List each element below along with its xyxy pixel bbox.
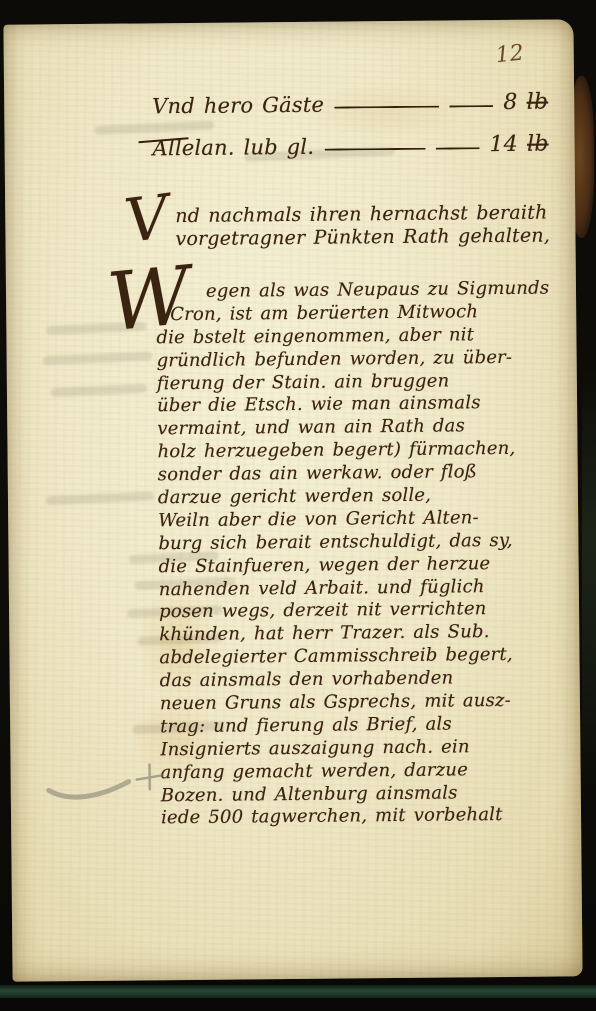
table-edge-strip (0, 985, 596, 998)
dash-line (449, 105, 493, 107)
bleedthrough-writing (46, 491, 154, 505)
account-label: Allelan. lub gl. (152, 135, 314, 161)
account-line: Vnd hero Gäste 8 lb (152, 90, 548, 119)
folio-number: 12 (495, 41, 525, 69)
body-line: gründlich befunden worden, zu über- (157, 346, 561, 373)
dash-line (324, 148, 425, 151)
dash-line (334, 106, 439, 109)
account-line: Allelan. lub gl. 14 lb (152, 132, 548, 161)
pencil-swoosh (49, 782, 129, 798)
pound-unit: lb (527, 132, 549, 157)
intro-drop-cap: V (122, 187, 173, 252)
bleedthrough-writing (42, 351, 152, 365)
account-amount: 8 lb (503, 90, 548, 115)
body-line: holz herzuegeben begert) fürmachen, (157, 438, 561, 465)
pencil-margin-mark (40, 751, 171, 808)
bleedthrough-writing (94, 121, 214, 135)
body-line: abdelegierter Cammisschreib begert, (159, 644, 563, 671)
body-line: iede 500 tagwerchen, mit vorbehalt (161, 804, 565, 831)
body-line: neuen Gruns als Gsprechs, mit ausz- (160, 689, 564, 716)
pencil-plus-mark (137, 764, 163, 789)
amount-value: 8 (503, 90, 517, 115)
manuscript-page: 12 Vnd hero Gäste 8 lb Allelan. lub gl. … (3, 19, 582, 981)
bleedthrough-writing (51, 384, 147, 397)
body-paragraph: egen als was Neupaus zu SigmundsCron, is… (156, 277, 565, 830)
amount-value: 14 (489, 132, 518, 157)
intro-paragraph: nd nachmals ihren hernachst beraithvorge… (175, 202, 550, 252)
account-amount: 14 lb (489, 132, 548, 158)
book-spine-shadow (582, 370, 596, 790)
pound-unit: lb (527, 90, 549, 115)
body-line: burg sich berait entschuldigt, das sy, (158, 529, 562, 556)
account-label: Vnd hero Gäste (152, 93, 324, 119)
dash-line (435, 147, 479, 149)
body-line: egen als was Neupaus zu Sigmunds (156, 277, 560, 304)
intro-line: vorgetragner Pünkten Rath gehalten, (175, 225, 550, 252)
